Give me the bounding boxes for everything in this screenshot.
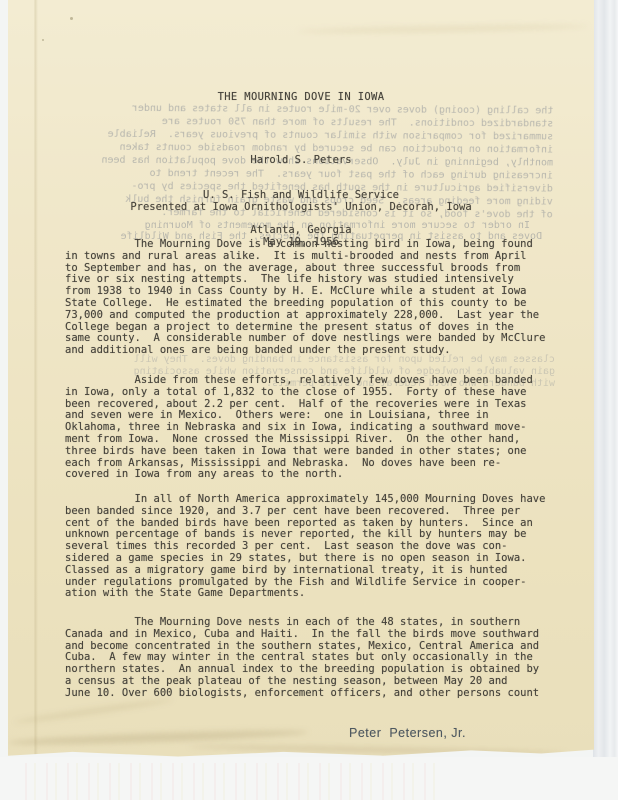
scan-background-bottom (0, 757, 618, 800)
paper-crease (8, 728, 308, 747)
paragraph-4: The Mourning Dove nests in each of the 4… (65, 617, 539, 700)
paper-crease (188, 744, 568, 757)
author-name: Harold S. Peters (8, 155, 594, 167)
paper-crease (298, 23, 588, 34)
presentation-event: Presented at Iowa Ornithologists' Union,… (8, 202, 594, 214)
document-title: THE MOURNING DOVE IN IOWA (8, 92, 594, 104)
paper-crease (14, 697, 173, 725)
paragraph-1: The Mourning Dove is a common nesting bi… (65, 239, 545, 357)
paper-speck (42, 39, 44, 41)
paragraph-2: Aside from these efforts, relatively few… (65, 375, 533, 481)
scanner-artifact-streaks (25, 763, 445, 800)
scanner-edge-strip (593, 0, 618, 800)
owner-name-stamp: Peter Petersen, Jr. (349, 726, 466, 741)
paper-speck (70, 17, 73, 20)
paragraph-3: In all of North America approximately 14… (65, 494, 545, 600)
paper-page: the calling (cooing) doves over 20-mile … (8, 0, 594, 758)
